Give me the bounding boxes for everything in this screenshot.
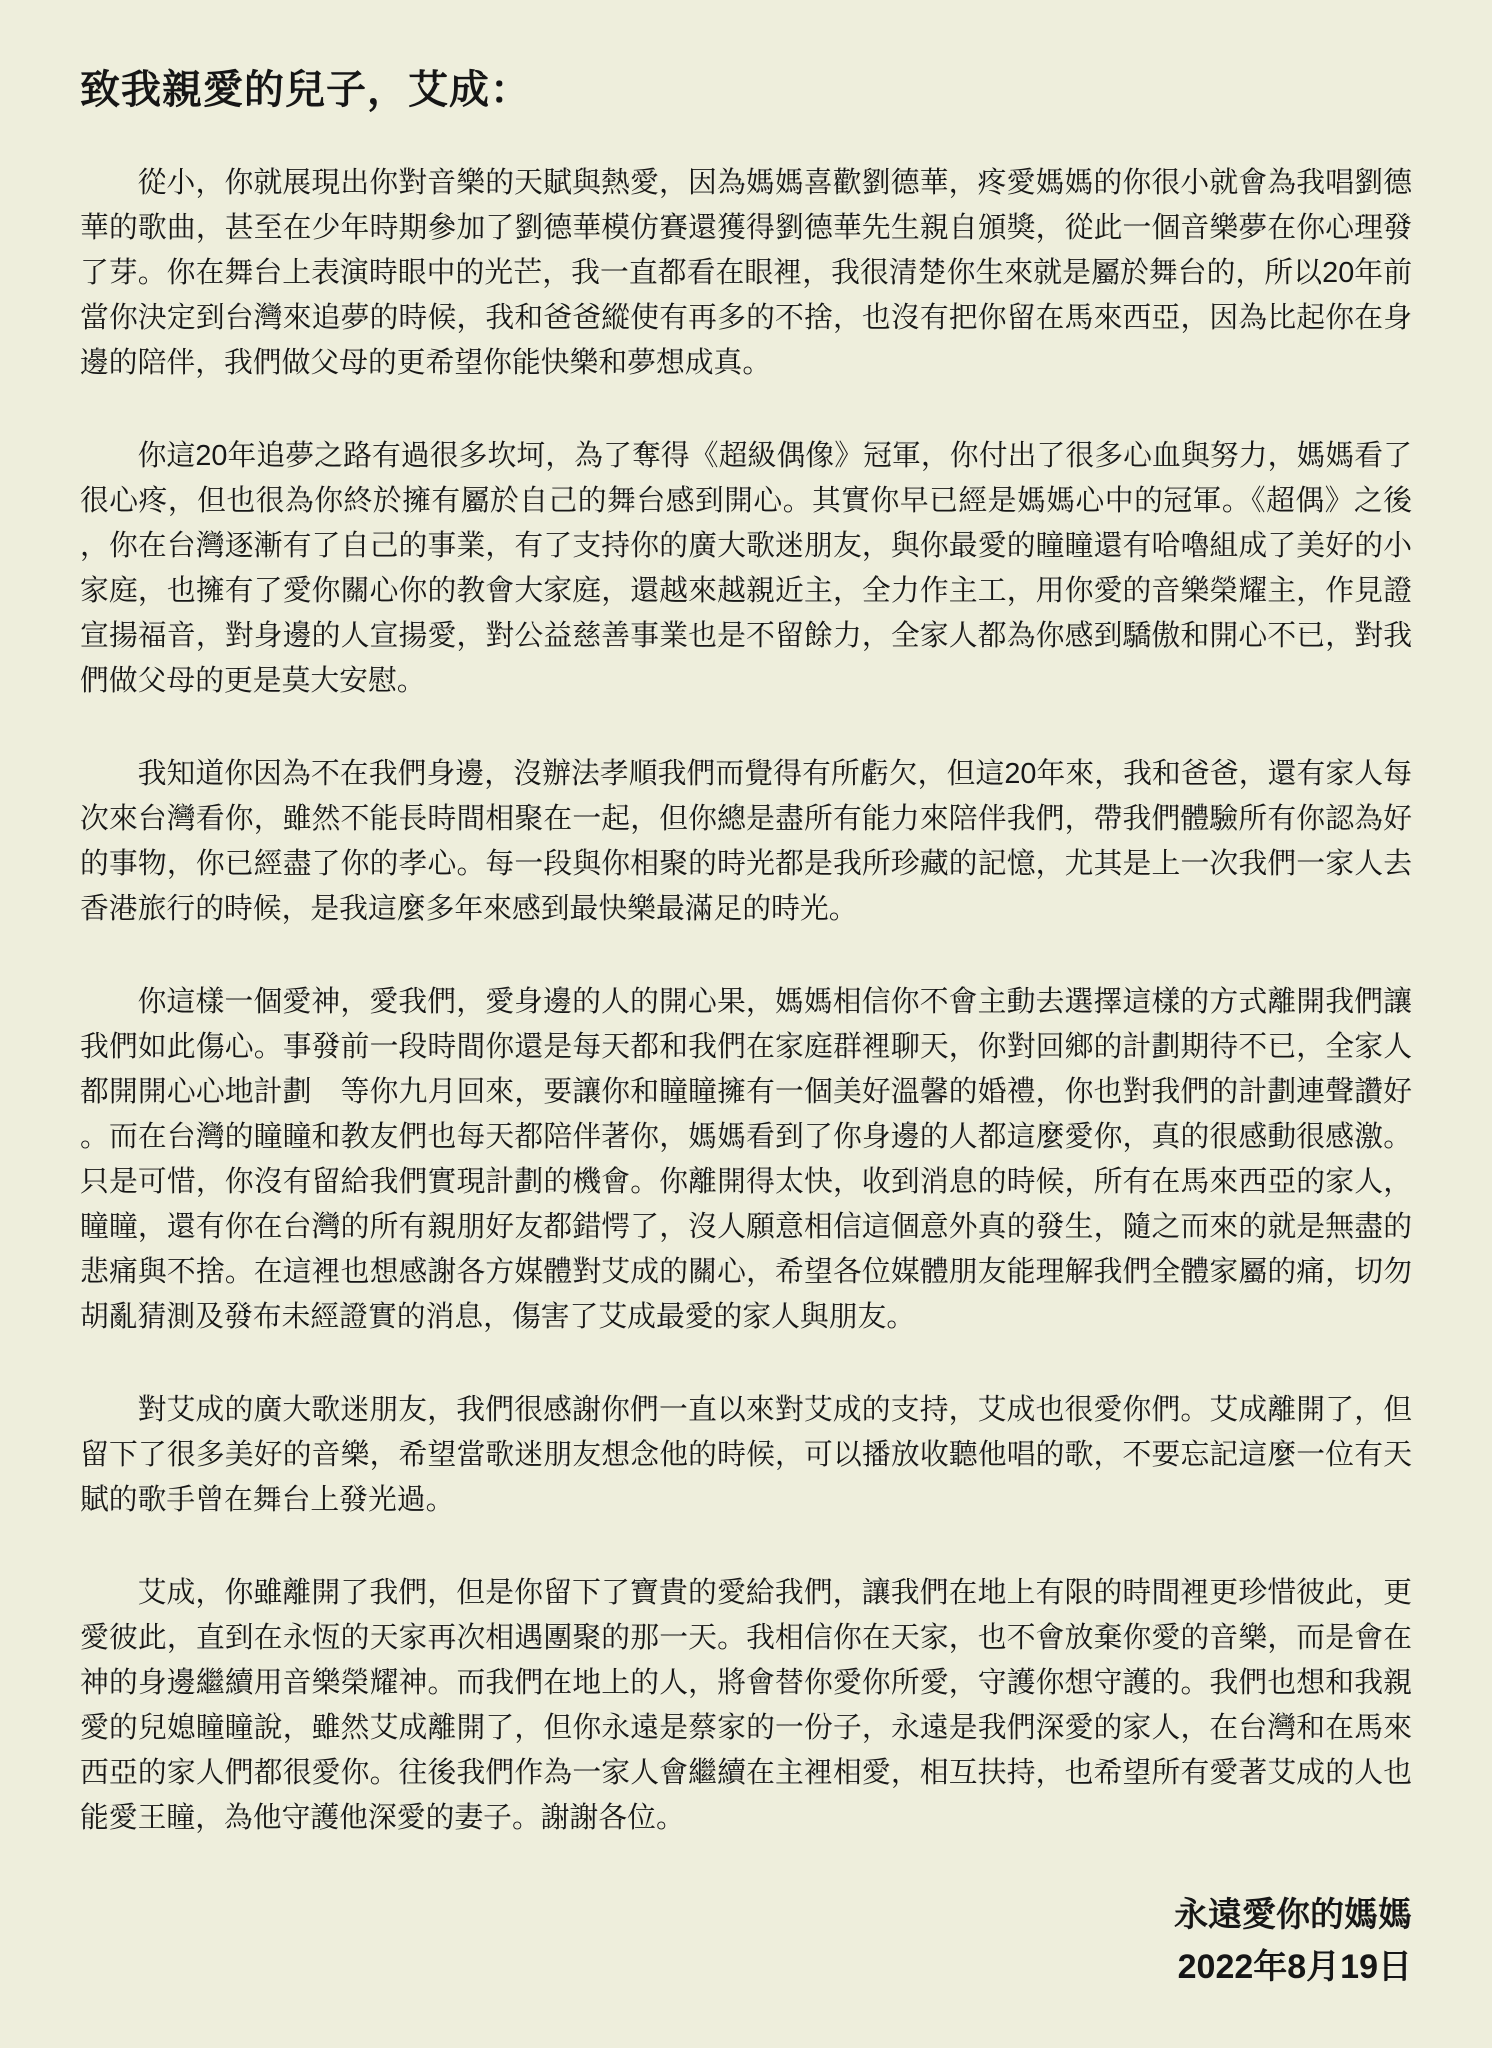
signature-name: 永遠愛你的媽媽 xyxy=(80,1889,1412,1941)
letter-title: 致我親愛的兒子，艾成： xyxy=(80,66,1412,114)
paragraph-6: 艾成，你雖離開了我們，但是你留下了寶貴的愛給我們，讓我們在地上有限的時間裡更珍惜… xyxy=(80,1571,1412,1841)
letter-page: 致我親愛的兒子，艾成： 從小，你就展現出你對音樂的天賦與熱愛，因為媽媽喜歡劉德華… xyxy=(0,0,1492,2048)
paragraph-1: 從小，你就展現出你對音樂的天賦與熱愛，因為媽媽喜歡劉德華，疼愛媽媽的你很小就會為… xyxy=(80,161,1412,386)
signature-block: 永遠愛你的媽媽 2022年8月19日 xyxy=(80,1889,1412,1993)
paragraph-4: 你這樣一個愛神，愛我們，愛身邊的人的開心果，媽媽相信你不會主動去選擇這樣的方式離… xyxy=(80,980,1412,1340)
paragraph-5: 對艾成的廣大歌迷朋友，我們很感謝你們一直以來對艾成的支持，艾成也很愛你們。艾成離… xyxy=(80,1388,1412,1523)
signature-date: 2022年8月19日 xyxy=(80,1941,1412,1993)
paragraph-2: 你這20年追夢之路有過很多坎坷，為了奪得《超級偶像》冠軍，你付出了很多心血與努力… xyxy=(80,434,1412,704)
letter-body: 從小，你就展現出你對音樂的天賦與熱愛，因為媽媽喜歡劉德華，疼愛媽媽的你很小就會為… xyxy=(80,161,1412,1841)
paragraph-3: 我知道你因為不在我們身邊，沒辦法孝順我們而覺得有所虧欠，但這20年來，我和爸爸，… xyxy=(80,752,1412,932)
